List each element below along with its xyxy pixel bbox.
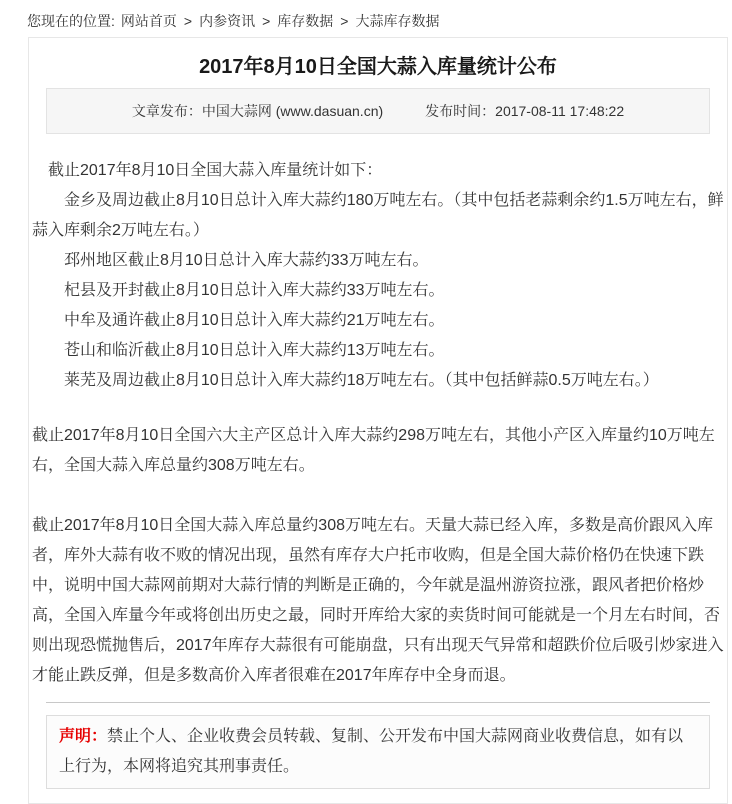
breadcrumb-separator: > <box>262 13 270 29</box>
paragraph-total-summary: 截止2017年8月10日全国六大主产区总计入库大蒜约298万吨左右，其他小产区入… <box>32 421 724 481</box>
paragraph-item-laiwu: 莱芜及周边截止8月10日总计入库大蒜约18万吨左右。（其中包括鲜蒜0.5万吨左右… <box>32 366 724 396</box>
paragraph-item-cangshan: 苍山和临沂截止8月10日总计入库大蒜约13万吨左右。 <box>32 336 724 366</box>
paragraph-item-qixian: 杞县及开封截止8月10日总计入库大蒜约33万吨左右。 <box>32 276 724 306</box>
paragraph-item-zhongmou: 中牟及通许截止8月10日总计入库大蒜约21万吨左右。 <box>32 306 724 336</box>
article-meta-bar: 文章发布：中国大蒜网 (www.dasuan.cn)发布时间：2017-08-1… <box>46 88 710 134</box>
page: 您现在的位置:网站首页>内参资讯>库存数据>大蒜库存数据 2017年8月10日全… <box>0 0 732 804</box>
article-body: 截止2017年8月10日全国大蒜入库量统计如下： 金乡及周边截止8月10日总计入… <box>32 156 724 691</box>
article-container: 2017年8月10日全国大蒜入库量统计公布 文章发布：中国大蒜网 (www.da… <box>28 37 728 804</box>
article-title: 2017年8月10日全国大蒜入库量统计公布 <box>39 54 717 80</box>
breadcrumb-link-garlic-storage-data[interactable]: 大蒜库存数据 <box>355 13 439 29</box>
paragraph-intro: 截止2017年8月10日全国大蒜入库量统计如下： <box>32 156 724 186</box>
paragraph-item-pizhou: 邳州地区截止8月10日总计入库大蒜约33万吨左右。 <box>32 246 724 276</box>
publisher-label: 文章发布： <box>132 103 202 119</box>
breadcrumb-separator: > <box>184 13 192 29</box>
paragraph-item-jinxiang: 金乡及周边截止8月10日总计入库大蒜约180万吨左右。（其中包括老蒜剩余约1.5… <box>32 186 724 246</box>
breadcrumb-link-storage-data[interactable]: 库存数据 <box>277 13 333 29</box>
paragraph-market-analysis: 截止2017年8月10日全国大蒜入库总量约308万吨左右。天量大蒜已经入库，多数… <box>32 511 724 691</box>
breadcrumb-link-neican-news[interactable]: 内参资讯 <box>199 13 255 29</box>
publisher-value: 中国大蒜网 (www.dasuan.cn) <box>202 103 383 119</box>
breadcrumb-link-home[interactable]: 网站首页 <box>121 13 177 29</box>
notice-label: 声明： <box>59 728 107 745</box>
breadcrumb: 您现在的位置:网站首页>内参资讯>库存数据>大蒜库存数据 <box>0 0 732 37</box>
breadcrumb-separator: > <box>340 13 348 29</box>
publish-time-value: 2017-08-11 17:48:22 <box>495 103 624 119</box>
notice-text: 禁止个人、企业收费会员转载、复制、公开发布中国大蒜网商业收费信息，如有以上行为，… <box>59 728 683 775</box>
breadcrumb-label: 您现在的位置: <box>27 13 115 29</box>
publish-time-label: 发布时间： <box>425 103 495 119</box>
article-footer: 声明：禁止个人、企业收费会员转载、复制、公开发布中国大蒜网商业收费信息，如有以上… <box>46 702 710 803</box>
notice-box: 声明：禁止个人、企业收费会员转载、复制、公开发布中国大蒜网商业收费信息，如有以上… <box>46 715 710 789</box>
